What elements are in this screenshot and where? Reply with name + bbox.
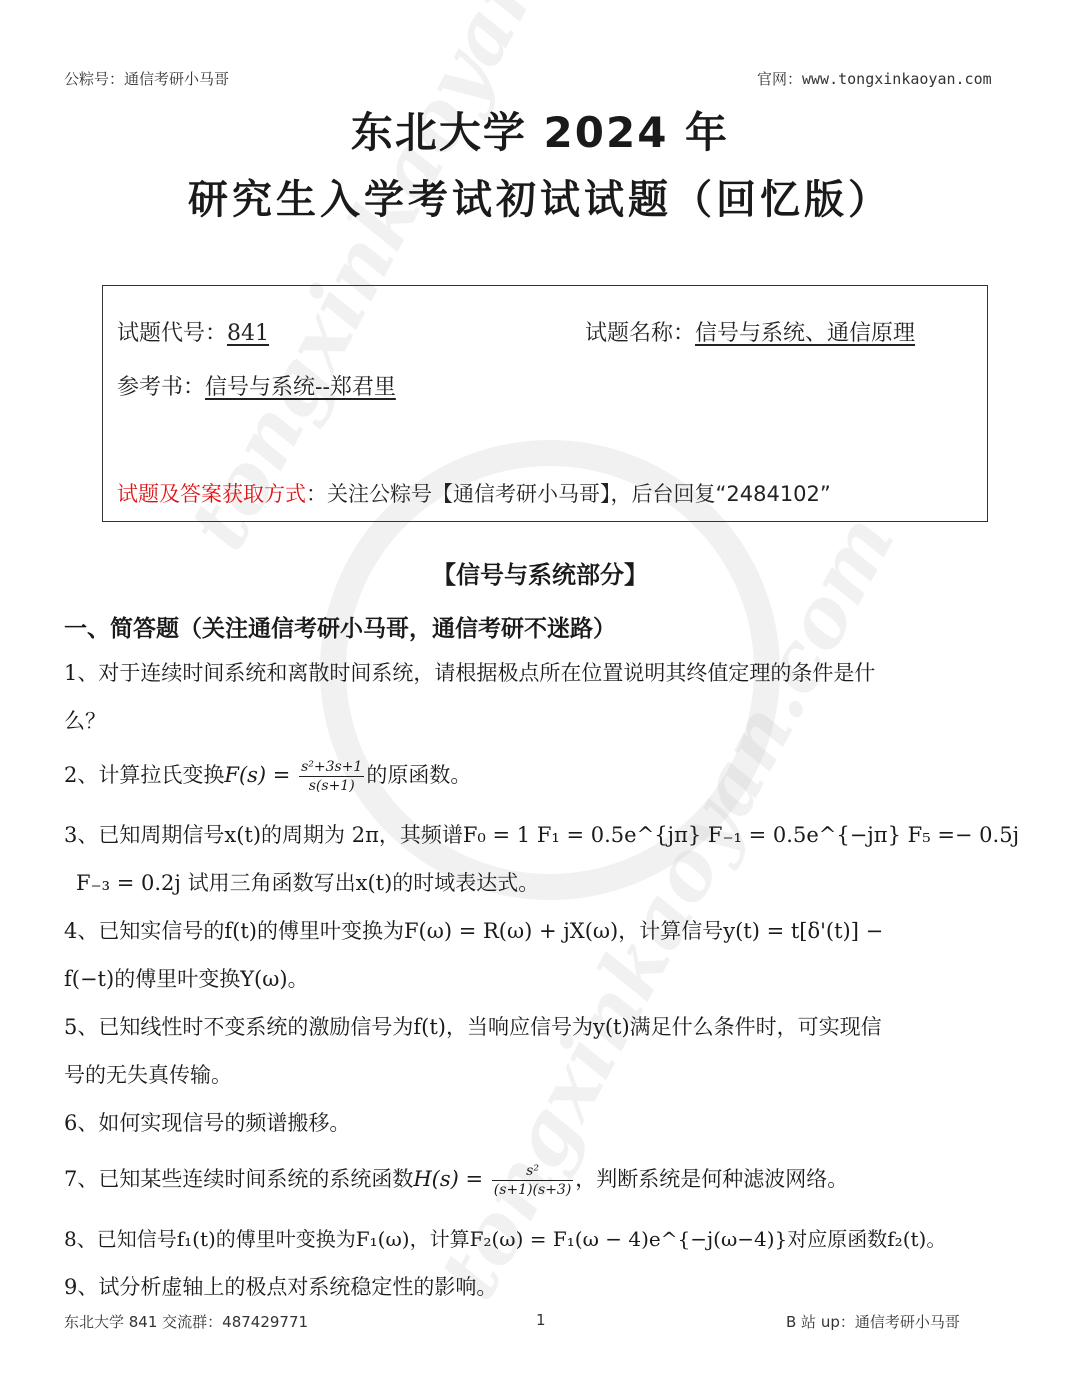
exam-code-value: 841 <box>227 321 269 346</box>
question-2: 2、计算拉氏变换F(s) = s²+3s+1s(s+1)的原函数。 <box>64 758 471 795</box>
info-box: 试题代号：841 试题名称：信号与系统、通信原理 参考书：信号与系统--郑君里 … <box>102 285 988 522</box>
question-6: 6、如何实现信号的频谱搬移。 <box>64 1110 350 1137</box>
footer-bilibili: B 站 up：通信考研小马哥 <box>786 1311 960 1332</box>
fraction: s²+3s+1s(s+1) <box>299 758 364 795</box>
page-number: 1 <box>536 1311 546 1329</box>
question-3-line2: F₋₃ = 0.2j 试用三角函数写出x(t)的时域表达式。 <box>76 870 539 897</box>
question-3-line1: 3、已知周期信号x(t)的周期为 2π，其频谱F₀ = 1 F₁ = 0.5e^… <box>64 822 1019 849</box>
reference-book-value: 信号与系统--郑君里 <box>205 375 396 400</box>
reference-book: 参考书：信号与系统--郑君里 <box>117 370 396 401</box>
exam-name-value: 信号与系统、通信原理 <box>695 321 915 346</box>
question-5-line1: 5、已知线性时不变系统的激励信号为f(t)，当响应信号为y(t)满足什么条件时，… <box>64 1014 882 1041</box>
title-line1: 东北大学 2024 年 <box>0 100 1080 160</box>
question-9: 9、试分析虚轴上的极点对系统稳定性的影响。 <box>64 1274 497 1301</box>
section-title: 【信号与系统部分】 <box>0 555 1080 590</box>
header-wechat: 公粽号：通信考研小马哥 <box>64 68 229 89</box>
fraction: s²(s+1)(s+3) <box>492 1162 574 1199</box>
footer-group: 东北大学 841 交流群：487429771 <box>64 1311 308 1332</box>
exam-name: 试题名称：信号与系统、通信原理 <box>585 316 915 347</box>
question-1-line2: 么？ <box>64 708 106 735</box>
question-8: 8、已知信号f₁(t)的傅里叶变换为F₁(ω)，计算F₂(ω) = F₁(ω −… <box>64 1226 946 1252</box>
question-5-line2: 号的无失真传输。 <box>64 1062 232 1089</box>
question-4-line1: 4、已知实信号的f(t)的傅里叶变换为F(ω) = R(ω) + jX(ω)，计… <box>64 918 883 945</box>
answer-notice: 试题及答案获取方式：关注公粽号【通信考研小马哥】，后台回复“2484102” <box>117 478 831 508</box>
question-1-line1: 1、对于连续时间系统和离散时间系统，请根据极点所在位置说明其终值定理的条件是什 <box>64 660 875 687</box>
question-7: 7、已知某些连续时间系统的系统函数H(s) = s²(s+1)(s+3)，判断系… <box>64 1162 848 1199</box>
exam-code: 试题代号：841 <box>117 316 269 347</box>
part-heading: 一、简答题（关注通信考研小马哥，通信考研不迷路） <box>64 610 616 643</box>
header-website: 官网：www.tongxinkaoyan.com <box>757 68 992 89</box>
title-line2: 研究生入学考试初试试题（回忆版） <box>0 168 1080 225</box>
question-4-line2: f(−t)的傅里叶变换Y(ω)。 <box>64 966 309 993</box>
